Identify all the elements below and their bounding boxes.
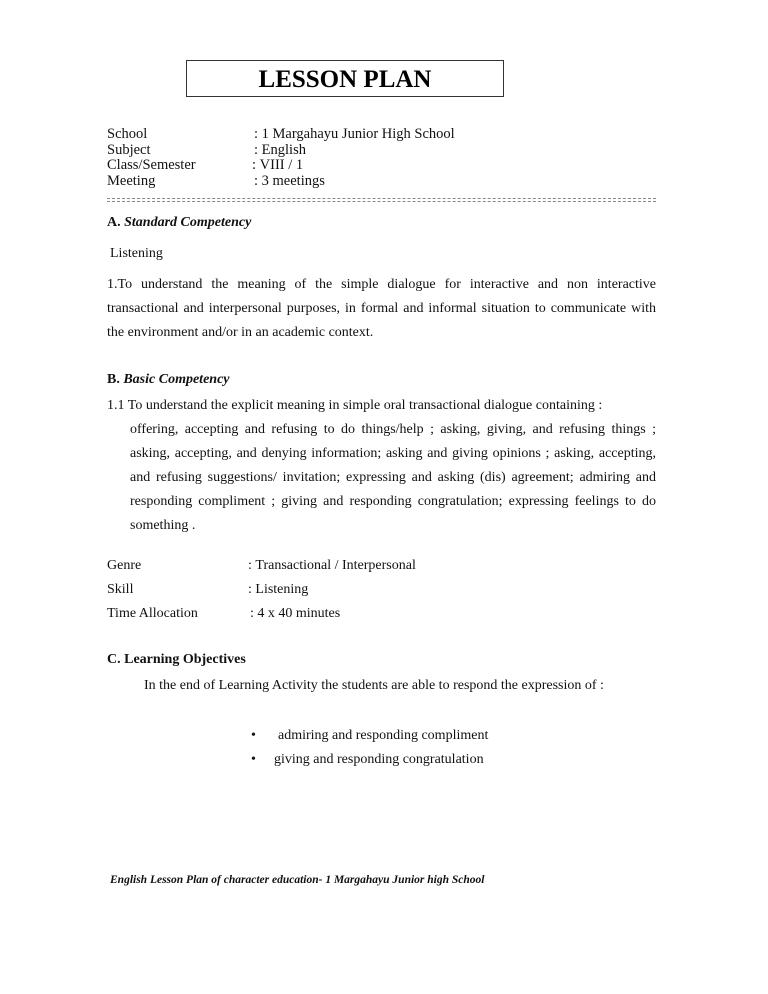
list-item: • admiring and responding compliment	[248, 724, 488, 748]
competency-number: 1.1	[107, 398, 125, 413]
page-footer: English Lesson Plan of character educati…	[110, 874, 484, 886]
learning-objectives-intro: In the end of Learning Activity the stud…	[144, 678, 604, 694]
meta-value: 1 Margahayu Junior High School	[262, 127, 455, 143]
meta-value: English	[262, 143, 306, 159]
meta-row-school: School : 1 Margahayu Junior High School	[107, 127, 455, 143]
meta-row-subject: Subject : English	[107, 143, 455, 159]
detail-value: 4 x 40 minutes	[257, 602, 340, 626]
double-rule-divider	[107, 198, 656, 202]
standard-competency-skill: Listening	[110, 246, 163, 262]
lesson-details: Genre : Transactional / Interpersonal Sk…	[107, 554, 416, 626]
basic-competency-text: offering, accepting and refusing to do t…	[130, 418, 656, 538]
section-letter: A.	[107, 215, 121, 230]
meta-sep: :	[254, 143, 258, 159]
section-title: Basic Competency	[123, 372, 229, 387]
detail-row-skill: Skill : Listening	[107, 578, 416, 602]
meta-info: School : 1 Margahayu Junior High School …	[107, 127, 455, 189]
section-b-heading: B. Basic Competency	[107, 372, 230, 388]
meta-label: Subject	[107, 143, 254, 159]
learning-objectives-list: • admiring and responding compliment • g…	[248, 724, 488, 772]
bullet-icon: •	[248, 724, 274, 748]
detail-value: Transactional / Interpersonal	[255, 554, 415, 578]
meta-row-class: Class/Semester : VIII / 1	[107, 158, 455, 174]
meta-row-meeting: Meeting : 3 meetings	[107, 174, 455, 190]
meta-label: School	[107, 127, 254, 143]
detail-label: Skill	[107, 578, 248, 602]
page-title: LESSON PLAN	[186, 60, 504, 97]
detail-sep: :	[248, 554, 252, 578]
section-a-heading: A. Standard Competency	[107, 215, 251, 231]
objective-text: giving and responding congratulation	[274, 748, 484, 772]
list-item: • giving and responding congratulation	[248, 748, 488, 772]
objective-text: admiring and responding compliment	[274, 724, 488, 748]
detail-label: Genre	[107, 554, 248, 578]
detail-row-time: Time Allocation : 4 x 40 minutes	[107, 602, 416, 626]
section-letter: B.	[107, 372, 120, 387]
meta-sep: :	[252, 158, 256, 174]
detail-label: Time Allocation	[107, 602, 250, 626]
detail-sep: :	[248, 578, 252, 602]
meta-label: Meeting	[107, 174, 254, 190]
section-c-heading: C. Learning Objectives	[107, 652, 246, 668]
standard-competency-text: 1.To understand the meaning of the simpl…	[107, 273, 656, 345]
detail-sep: :	[250, 602, 254, 626]
meta-label: Class/Semester	[107, 158, 252, 174]
basic-competency-intro: 1.1 To understand the explicit meaning i…	[107, 394, 656, 418]
meta-sep: :	[254, 127, 258, 143]
meta-value: VIII / 1	[260, 158, 304, 174]
bullet-icon: •	[248, 748, 274, 772]
meta-sep: :	[254, 174, 258, 190]
competency-intro-text: To understand the explicit meaning in si…	[128, 398, 603, 413]
detail-row-genre: Genre : Transactional / Interpersonal	[107, 554, 416, 578]
detail-value: Listening	[255, 578, 308, 602]
meta-value: 3 meetings	[262, 174, 325, 190]
section-title: Standard Competency	[124, 215, 251, 230]
